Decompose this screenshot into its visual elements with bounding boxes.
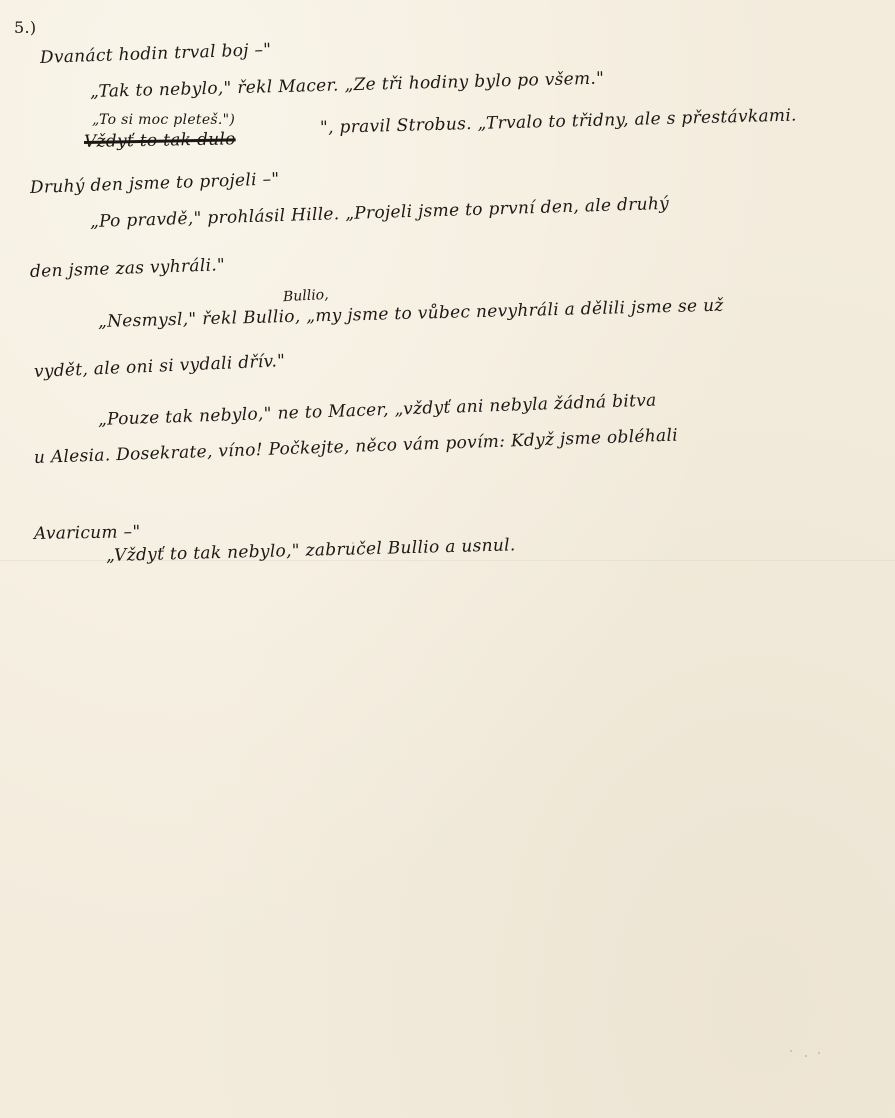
- paper-speck: [352, 542, 354, 544]
- text-line-4: Vždyť to tak dulo: [84, 129, 236, 152]
- manuscript-page: 5.) Dvanáct hodin trval boj –" „Tak to n…: [0, 0, 895, 1118]
- paper-speck: [805, 1055, 807, 1057]
- text-line-11: u Alesia. Dosekrate, víno! Počkejte, něc…: [34, 426, 679, 468]
- text-line-2: „Tak to nebylo," řekl Macer. „Ze tři hod…: [90, 69, 605, 102]
- inserted-word: Bullio,: [283, 287, 329, 305]
- paper-speck: [790, 1050, 792, 1052]
- text-line-3-insert: „To si moc pleteš."): [92, 112, 235, 128]
- text-line-12: Avaricum –": [34, 522, 141, 544]
- text-line-13: „Vždyť to tak nebylo," zabručel Bullio a…: [106, 535, 516, 566]
- paper-speck: [818, 1052, 820, 1054]
- page-number: 5.): [14, 18, 36, 37]
- text-line-4-rest: ", pravil Strobus. „Trvalo to třidny, al…: [320, 106, 797, 138]
- text-line-5: Druhý den jsme to projeli –": [30, 169, 280, 198]
- text-line-7: den jsme zas vyhráli.": [30, 255, 226, 282]
- text-line-1: Dvanáct hodin trval boj –": [40, 40, 272, 68]
- text-line-6: „Po pravdě," prohlásil Hille. „Projeli j…: [90, 194, 670, 232]
- text-line-9: vydět, ale oni si vydali dřív.": [34, 351, 286, 382]
- text-line-8: „Nesmysl," řekl Bullio, „my jsme to vůbe…: [98, 296, 724, 332]
- text-line-10: „Pouze tak nebylo," ne to Macer, „vždyť …: [98, 391, 657, 430]
- struck-out-text: Vždyť to tak dulo: [84, 129, 236, 152]
